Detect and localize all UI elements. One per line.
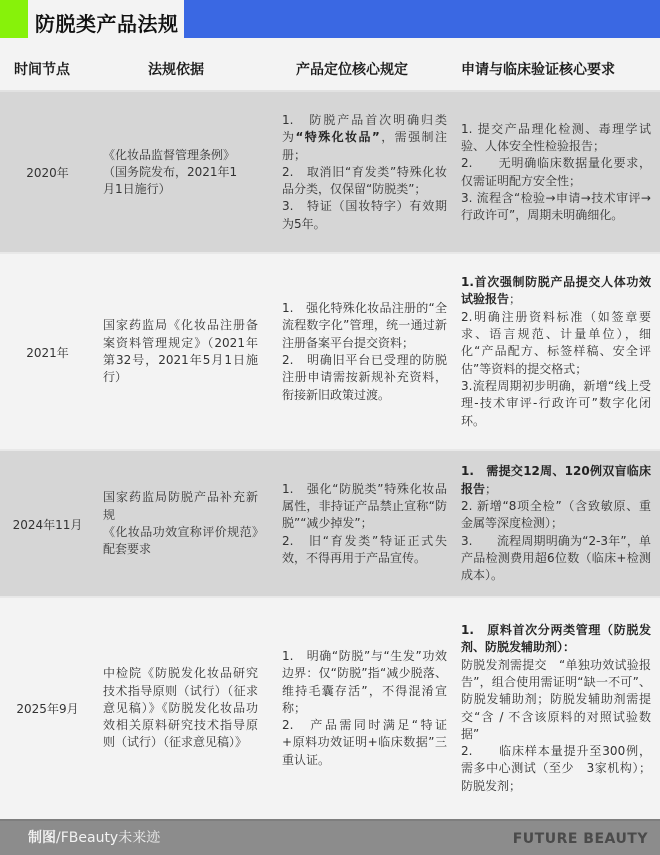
cell-position: 1. 防脱产品首次明确归类为“特殊化妆品”，需强制注册； 2. 取消旧“育发类”… bbox=[282, 92, 447, 253]
table-row: 2021年 国家药监局《化妆品注册备案资料管理规定》（2021年第32号，202… bbox=[0, 254, 660, 450]
cell-position: 1. 强化特殊化妆品注册的“全流程数字化”管理，统一通过新注册备案平台提交资料；… bbox=[282, 254, 447, 450]
accent-green-block bbox=[0, 0, 28, 38]
cell-law: 《化妆品监督管理条例》 （国务院发布，2021年1 月1日施行） bbox=[103, 92, 258, 253]
header-position: 产品定位核心规定 bbox=[296, 61, 408, 79]
header-requirements: 申请与临床验证核心要求 bbox=[461, 61, 615, 79]
cell-position: 1. 强化“防脱类”特殊化妆品属性，非持证产品禁止宣称“防脱”“减少掉发”； 2… bbox=[282, 451, 447, 597]
header-law: 法规依据 bbox=[148, 61, 204, 79]
table-row: 2025年9月 中检院《防脱发化妆品研究技术指导原则（试行）（征求意见稿）》《防… bbox=[0, 598, 660, 819]
header-time: 时间节点 bbox=[14, 61, 70, 79]
table-header: 时间节点 法规依据 产品定位核心规定 申请与临床验证核心要求 bbox=[0, 38, 660, 92]
footer-credit: 制图/FBeauty未来迹 bbox=[28, 829, 160, 847]
cell-requirements: 1. 提交产品理化检测、毒理学试验、人体安全性检验报告； 2. 无明确临床数据量… bbox=[461, 92, 651, 253]
cell-law: 国家药监局《化妆品注册备案资料管理规定》（2021年第32号，2021年5月1日… bbox=[103, 254, 258, 450]
table-row: 2020年 《化妆品监督管理条例》 （国务院发布，2021年1 月1日施行） 1… bbox=[0, 92, 660, 253]
credit-source: /FBeauty未来迹 bbox=[56, 830, 160, 846]
cell-time: 2020年 bbox=[0, 92, 95, 253]
cell-law: 国家药监局防脱产品补充新规 《化妆品功效宣称评价规范》配套要求 bbox=[103, 451, 258, 597]
accent-blue-block bbox=[184, 0, 660, 38]
brand-logo-text: FUTURE BEAUTY bbox=[513, 830, 648, 848]
cell-time: 2024年11月 bbox=[0, 451, 95, 597]
cell-requirements: 1. 原料首次分两类管理（防脱发剂、防脱发辅助剂）： 防脱发剂需提交 “单独功效… bbox=[461, 598, 651, 819]
table-row: 2024年11月 国家药监局防脱产品补充新规 《化妆品功效宣称评价规范》配套要求… bbox=[0, 451, 660, 597]
cell-requirements: 1.首次强制防脱产品提交人体功效试验报告； 2.明确注册资料标准（如签章要求、语… bbox=[461, 254, 651, 450]
cell-position: 1. 明确“防脱”与“生发”功效边界：仅“防脱”指“减少脱落、维持毛囊存活”，不… bbox=[282, 598, 447, 819]
cell-time: 2025年9月 bbox=[0, 598, 95, 819]
cell-law: 中检院《防脱发化妆品研究技术指导原则（试行）（征求意见稿）》《防脱发化妆品功效相… bbox=[103, 598, 258, 819]
title-bar: 防脱类产品法规 bbox=[0, 0, 660, 38]
cell-time: 2021年 bbox=[0, 254, 95, 450]
page-title: 防脱类产品法规 bbox=[35, 11, 179, 37]
footer: 制图/FBeauty未来迹 FUTURE BEAUTY bbox=[0, 819, 660, 855]
credit-label: 制图 bbox=[28, 830, 56, 846]
cell-requirements: 1. 需提交12周、120例双盲临床报告； 2. 新增“8项全检”（含致敏原、重… bbox=[461, 451, 651, 597]
